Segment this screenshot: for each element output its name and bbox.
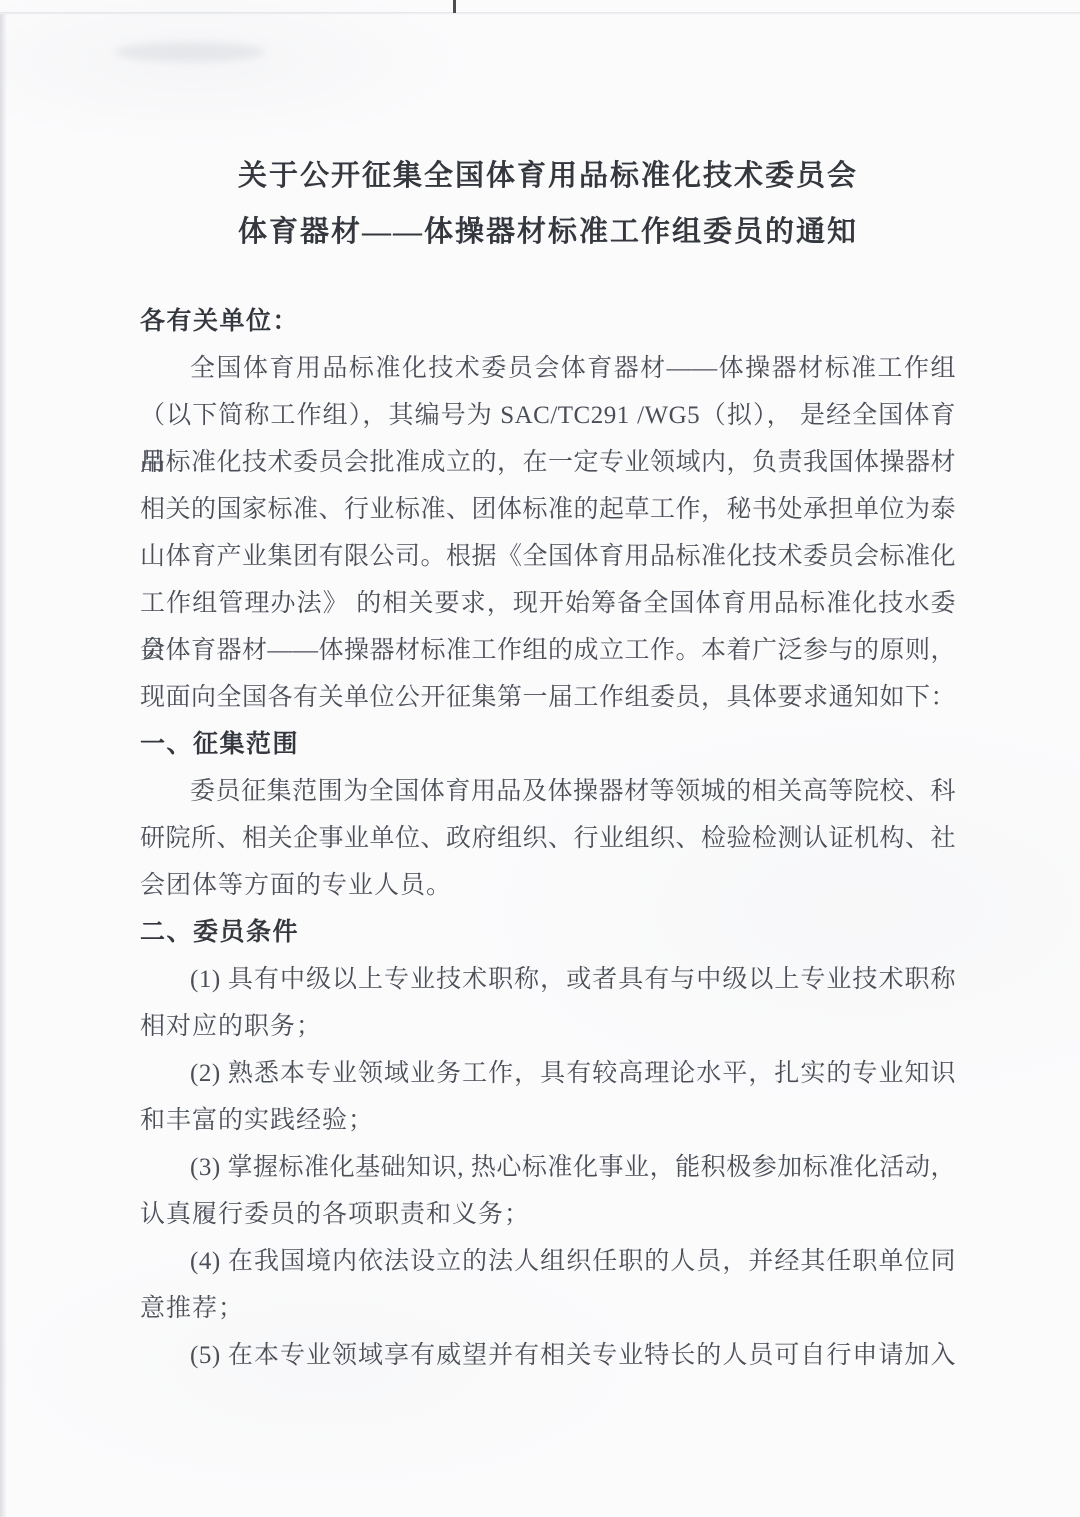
notice-document: 关于公开征集全国体育用品标准化技术委员会 体育器材——体操器材标准工作组委员的通… [140, 148, 956, 1379]
paragraph-line: 委员征集范围为全国体育用品及体操器材等领城的相关高等院校、科 [140, 768, 956, 815]
list-item-line: 和丰富的实践经验； [140, 1097, 956, 1144]
scan-edge-shadow-left [0, 14, 7, 1517]
list-item-line: (5) 在本专业领域享有威望并有相关专业特长的人员可自行申请加入 [140, 1332, 956, 1379]
paragraph-line: 现面向全国各有关单位公开征集第一届工作组委员，具体要求通知如下： [140, 674, 956, 721]
section-heading-2: 二、委员条件 [140, 909, 956, 956]
section-heading-1: 一、征集范围 [140, 721, 956, 768]
list-item-line: 认真履行委员的各项职责和义务； [140, 1191, 956, 1238]
paragraph-line: 山体育产业集团有限公司。根据《全国体育用品标准化技术委员会标准化 [140, 533, 956, 580]
paragraph-line: 会体育器材——体操器材标准工作组的成立工作。本着广泛参与的原则， [140, 627, 956, 674]
list-item-line: 相对应的职务； [140, 1003, 956, 1050]
document-title: 关于公开征集全国体育用品标准化技术委员会 体育器材——体操器材标准工作组委员的通… [140, 148, 956, 260]
document-body: 各有关单位： 全国体育用品标准化技术委员会体育器材——体操器材标准工作组 （以下… [140, 298, 956, 1379]
list-item-line: (2) 熟悉本专业领域业务工作，具有较高理论水平，扎实的专业知识 [140, 1050, 956, 1097]
scan-smudge [115, 42, 265, 62]
paragraph-line: （以下简称工作组），其编号为 SAC/TC291 /WG5（拟）， 是经全国体育… [140, 392, 956, 439]
list-item-line: 意推荐； [140, 1285, 956, 1332]
salutation: 各有关单位： [140, 298, 956, 345]
paragraph-line: 工作组管理办法》 的相关要求，现开始筹备全国体育用品标准化技水委员 [140, 580, 956, 627]
paragraph-line: 相关的国家标准、行业标准、团体标准的起草工作，秘书处承担单位为泰 [140, 486, 956, 533]
title-line-2: 体育器材——体操器材标准工作组委员的通知 [140, 204, 956, 260]
list-item-line: (4) 在我国境内依法设立的法人组织任职的人员，并经其任职单位同 [140, 1238, 956, 1285]
paragraph-line: 会团体等方面的专业人员。 [140, 862, 956, 909]
list-item-line: (1) 具有中级以上专业技术职称，或者具有与中级以上专业技术职称 [140, 956, 956, 1003]
scan-edge-shadow-top [0, 12, 1080, 15]
scanned-document-page: 关于公开征集全国体育用品标准化技术委员会 体育器材——体操器材标准工作组委员的通… [0, 0, 1080, 1517]
title-line-1: 关于公开征集全国体育用品标准化技术委员会 [140, 148, 956, 204]
paragraph-line: 全国体育用品标准化技术委员会体育器材——体操器材标准工作组 [140, 345, 956, 392]
list-item-line: (3) 掌握标准化基础知识, 热心标准化事业，能积极参加标准化活动， [140, 1144, 956, 1191]
paragraph-line: 研院所、相关企事业单位、政府组织、行业组织、检验检测认证机构、社 [140, 815, 956, 862]
scan-registration-mark [453, 0, 456, 13]
paragraph-line: 品标准化技术委员会批准成立的，在一定专业领域内，负责我国体操器材 [140, 439, 956, 486]
